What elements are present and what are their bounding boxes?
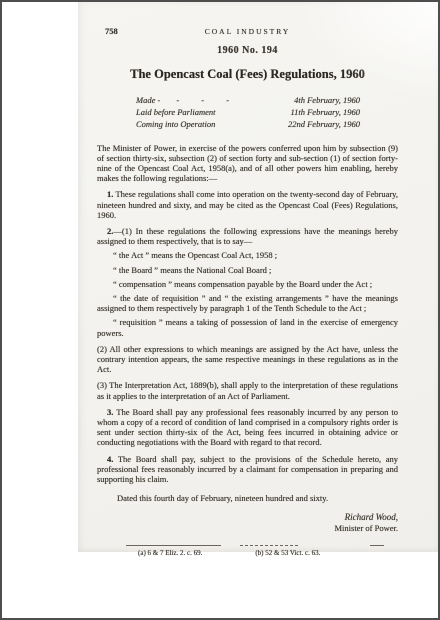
definition-date-of-requisition: “ the date of requisition ” and “ the ex… <box>97 293 398 313</box>
regulation-4: 4. The Board shall pay, subject to the p… <box>97 454 398 485</box>
meta-block: Made - - - - 4th February, 1960 Laid bef… <box>136 94 360 130</box>
dated-line: Dated this fourth day of February, ninet… <box>97 493 398 503</box>
screenshot-frame: 758 COAL INDUSTRY 1960 No. 194 The Openc… <box>0 0 440 620</box>
preamble-paragraph: The Minister of Power, in exercise of th… <box>97 143 398 184</box>
meta-label: Coming into Operation <box>136 118 215 130</box>
regulation-1: 1. These regulations shall come into ope… <box>97 189 398 220</box>
regulation-2-sub3: (3) The Interpretation Act, 1889(b), sha… <box>97 380 398 400</box>
meta-leader-dashes: - - - <box>160 94 294 106</box>
signature-title: Minister of Power. <box>97 523 398 535</box>
definition-the-board: “ the Board ” means the National Coal Bo… <box>97 265 398 275</box>
footnote-rule-left <box>126 545 221 546</box>
page-content: 758 COAL INDUSTRY 1960 No. 194 The Openc… <box>78 2 438 558</box>
meta-row-made: Made - - - - 4th February, 1960 <box>136 94 360 106</box>
meta-date: 22nd February, 1960 <box>288 118 360 130</box>
footnote-rule-middle <box>240 545 298 546</box>
document-title: The Opencast Coal (Fees) Regulations, 19… <box>97 69 398 79</box>
regulation-4-text: The Board shall pay, subject to the prov… <box>97 454 398 484</box>
meta-date: 11th February, 1960 <box>291 106 361 118</box>
si-number: 1960 No. 194 <box>97 46 398 56</box>
regulation-3-text: The Board shall pay any professional fee… <box>97 407 398 448</box>
footnote-a: (a) 6 & 7 Eliz. 2. c. 69. <box>138 549 202 558</box>
regulation-1-text: These regulations shall come into operat… <box>97 189 398 219</box>
regulation-2-sub2: (2) All other expressions to which meani… <box>97 344 398 375</box>
meta-label: Laid before Parliament <box>136 106 215 118</box>
meta-label: Made - <box>136 94 160 106</box>
meta-row-laid: Laid before Parliament 11th February, 19… <box>136 106 360 118</box>
document-page: 758 COAL INDUSTRY 1960 No. 194 The Openc… <box>78 2 438 552</box>
definition-the-act: “ the Act ” means the Opencast Coal Act,… <box>97 250 398 260</box>
running-header: COAL INDUSTRY <box>205 27 291 37</box>
meta-row-operation: Coming into Operation 22nd February, 196… <box>136 118 360 130</box>
definition-requisition: “ requisition ” means a taking of posses… <box>97 317 398 337</box>
footnotes-row: (a) 6 & 7 Eliz. 2. c. 69. (b) 52 & 53 Vi… <box>97 549 398 558</box>
footnote-rule-right <box>370 545 384 546</box>
signature-block: Richard Wood, Minister of Power. <box>97 512 398 535</box>
signature-name: Richard Wood, <box>97 512 398 524</box>
regulation-2-intro: 2.—(1) In these regulations the followin… <box>97 226 398 246</box>
meta-date: 4th February, 1960 <box>294 94 360 106</box>
definition-compensation: “ compensation ” means compensation paya… <box>97 279 398 289</box>
running-header-row: 758 COAL INDUSTRY <box>97 26 398 37</box>
regulation-2-text: —(1) In these regulations the following … <box>97 226 398 246</box>
footnote-separator <box>97 543 398 548</box>
page-number: 758 <box>97 26 118 36</box>
regulation-3: 3. The Board shall pay any professional … <box>97 407 398 448</box>
footnote-b: (b) 52 & 53 Vict. c. 63. <box>255 549 320 558</box>
